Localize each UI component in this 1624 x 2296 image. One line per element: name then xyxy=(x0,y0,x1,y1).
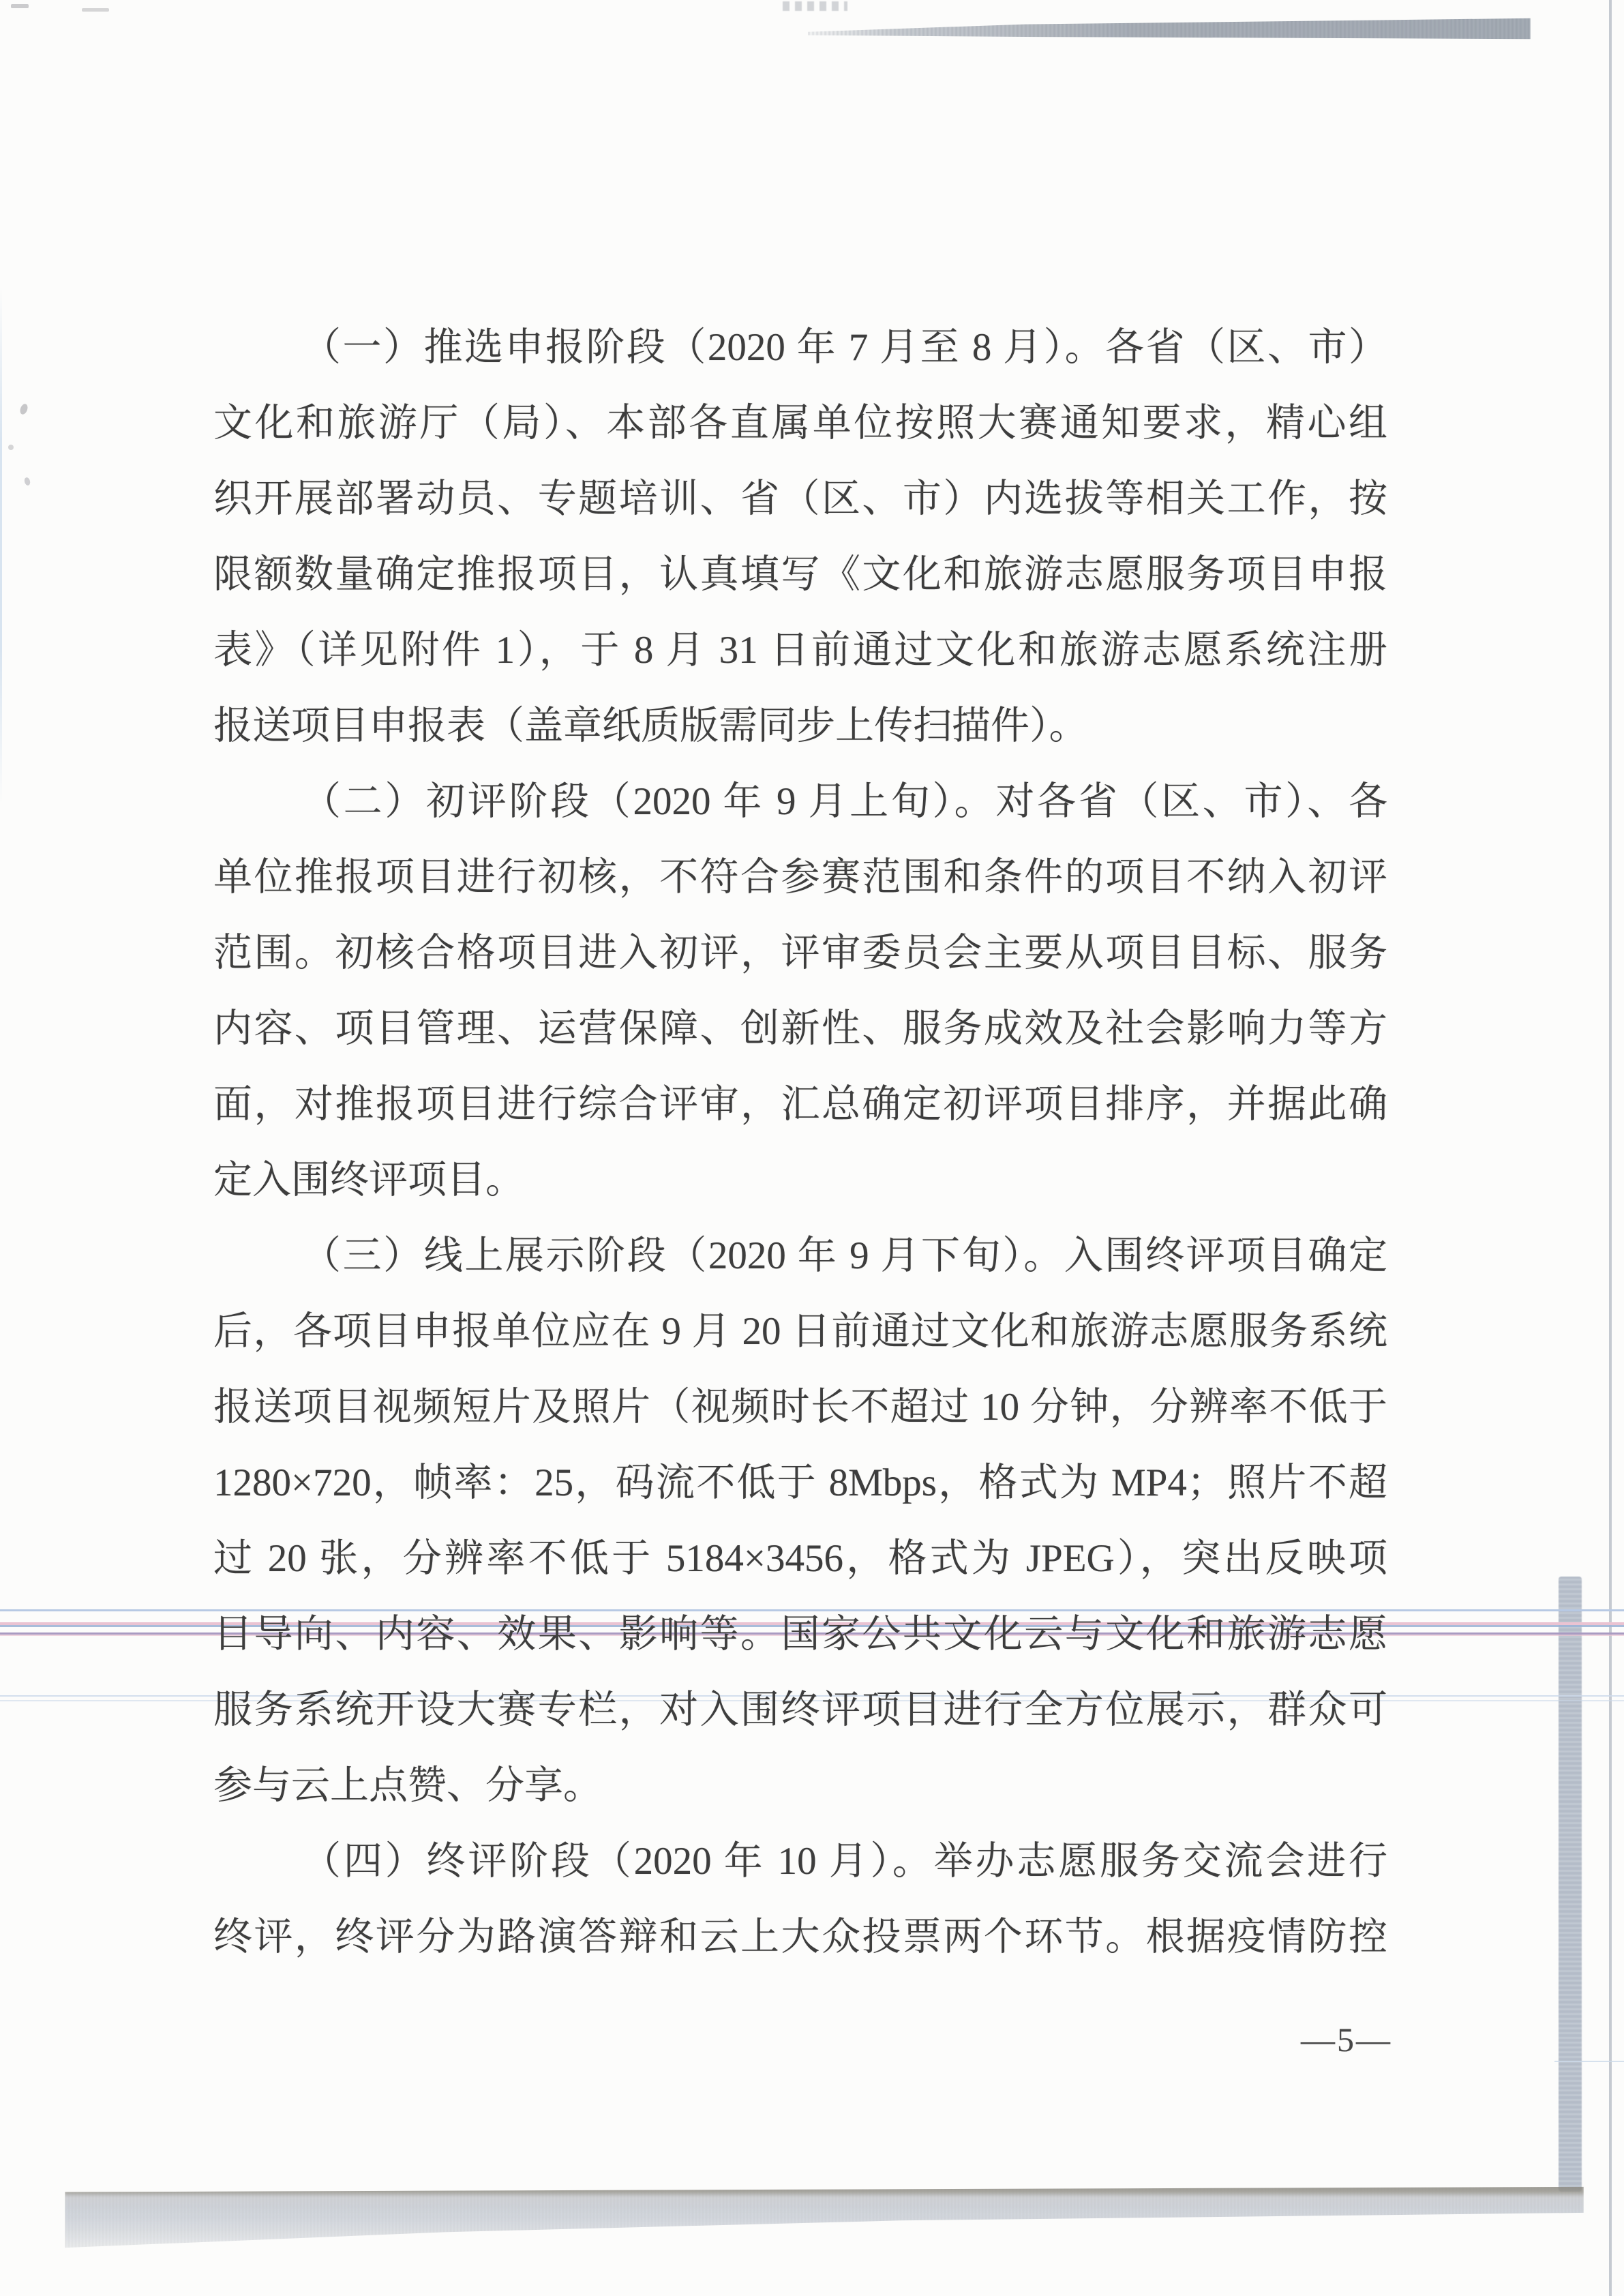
scan-artifact-top-fragment xyxy=(783,1,847,11)
scan-artifact-speck xyxy=(11,4,29,8)
text-line: （二）初评阶段（2020 年 9 月上旬）。对各省（区、市）、各 xyxy=(213,764,1387,839)
text-line: （三）线上展示阶段（2020 年 9 月下旬）。入围终评项目确定 xyxy=(213,1218,1387,1294)
text-line: （一）推选申报阶段（2020 年 7 月至 8 月）。各省（区、市） xyxy=(213,310,1387,385)
scan-artifact-speck xyxy=(24,477,31,486)
scan-artifact-vertical-bar xyxy=(1559,1577,1582,2192)
scan-artifact-hline-faint-3 xyxy=(1554,2061,1624,2062)
scan-artifact-top-smudge xyxy=(808,15,1531,42)
text-line: 报送项目视频短片及照片（视频时长不超过 10 分钟，分辨率不低于 xyxy=(213,1369,1387,1445)
text-line: 定入围终评项目。 xyxy=(213,1142,1387,1218)
text-line: 内容、项目管理、运营保障、创新性、服务成效及社会影响力等方 xyxy=(213,991,1387,1067)
scanned-page: （一）推选申报阶段（2020 年 7 月至 8 月）。各省（区、市） 文化和旅游… xyxy=(0,0,1624,2296)
document-body: （一）推选申报阶段（2020 年 7 月至 8 月）。各省（区、市） 文化和旅游… xyxy=(213,310,1387,1975)
page-number: —5— xyxy=(1282,2020,1411,2059)
text-line: 表》（详见附件 1），于 8 月 31 日前通过文化和旅游志愿系统注册 xyxy=(213,612,1387,688)
scan-artifact-bottom-band xyxy=(65,2186,1584,2250)
scan-artifact-speck xyxy=(19,403,29,415)
scan-artifact-left-edge-line xyxy=(0,286,2,805)
text-line: 面，对推报项目进行综合评审，汇总确定初评项目排序，并据此确 xyxy=(213,1067,1387,1142)
text-line: 参与云上点赞、分享。 xyxy=(213,1748,1387,1823)
text-line: 终评，终评分为路演答辩和云上大众投票两个环节。根据疫情防控 xyxy=(213,1899,1387,1975)
text-line: 织开展部署动员、专题培训、省（区、市）内选拔等相关工作，按 xyxy=(213,461,1387,537)
text-line: 报送项目申报表（盖章纸质版需同步上传扫描件）。 xyxy=(213,688,1387,764)
scan-artifact-speck xyxy=(8,445,14,450)
text-line: 单位推报项目进行初核，不符合参赛范围和条件的项目不纳入初评 xyxy=(213,839,1387,915)
text-line: （四）终评阶段（2020 年 10 月）。举办志愿服务交流会进行 xyxy=(213,1823,1387,1899)
text-line: 限额数量确定推报项目，认真填写《文化和旅游志愿服务项目申报 xyxy=(213,537,1387,612)
scan-artifact-speck xyxy=(82,8,109,12)
text-line: 服务系统开设大赛专栏，对入围终评项目进行全方位展示，群众可 xyxy=(213,1672,1387,1748)
scan-artifact-vertical-line xyxy=(1609,0,1612,2296)
text-line: 后，各项目申报单位应在 9 月 20 日前通过文化和旅游志愿服务系统 xyxy=(213,1294,1387,1369)
text-line: 目导向、内容、效果、影响等。国家公共文化云与文化和旅游志愿 xyxy=(213,1596,1387,1672)
text-line: 范围。初核合格项目进入初评，评审委员会主要从项目目标、服务 xyxy=(213,915,1387,991)
text-line: 过 20 张，分辨率不低于 5184×3456，格式为 JPEG），突出反映项 xyxy=(213,1521,1387,1596)
text-line: 1280×720，帧率：25，码流不低于 8Mbps，格式为 MP4；照片不超 xyxy=(213,1445,1387,1521)
text-line: 文化和旅游厅（局）、本部各直属单位按照大赛通知要求，精心组 xyxy=(213,385,1387,461)
